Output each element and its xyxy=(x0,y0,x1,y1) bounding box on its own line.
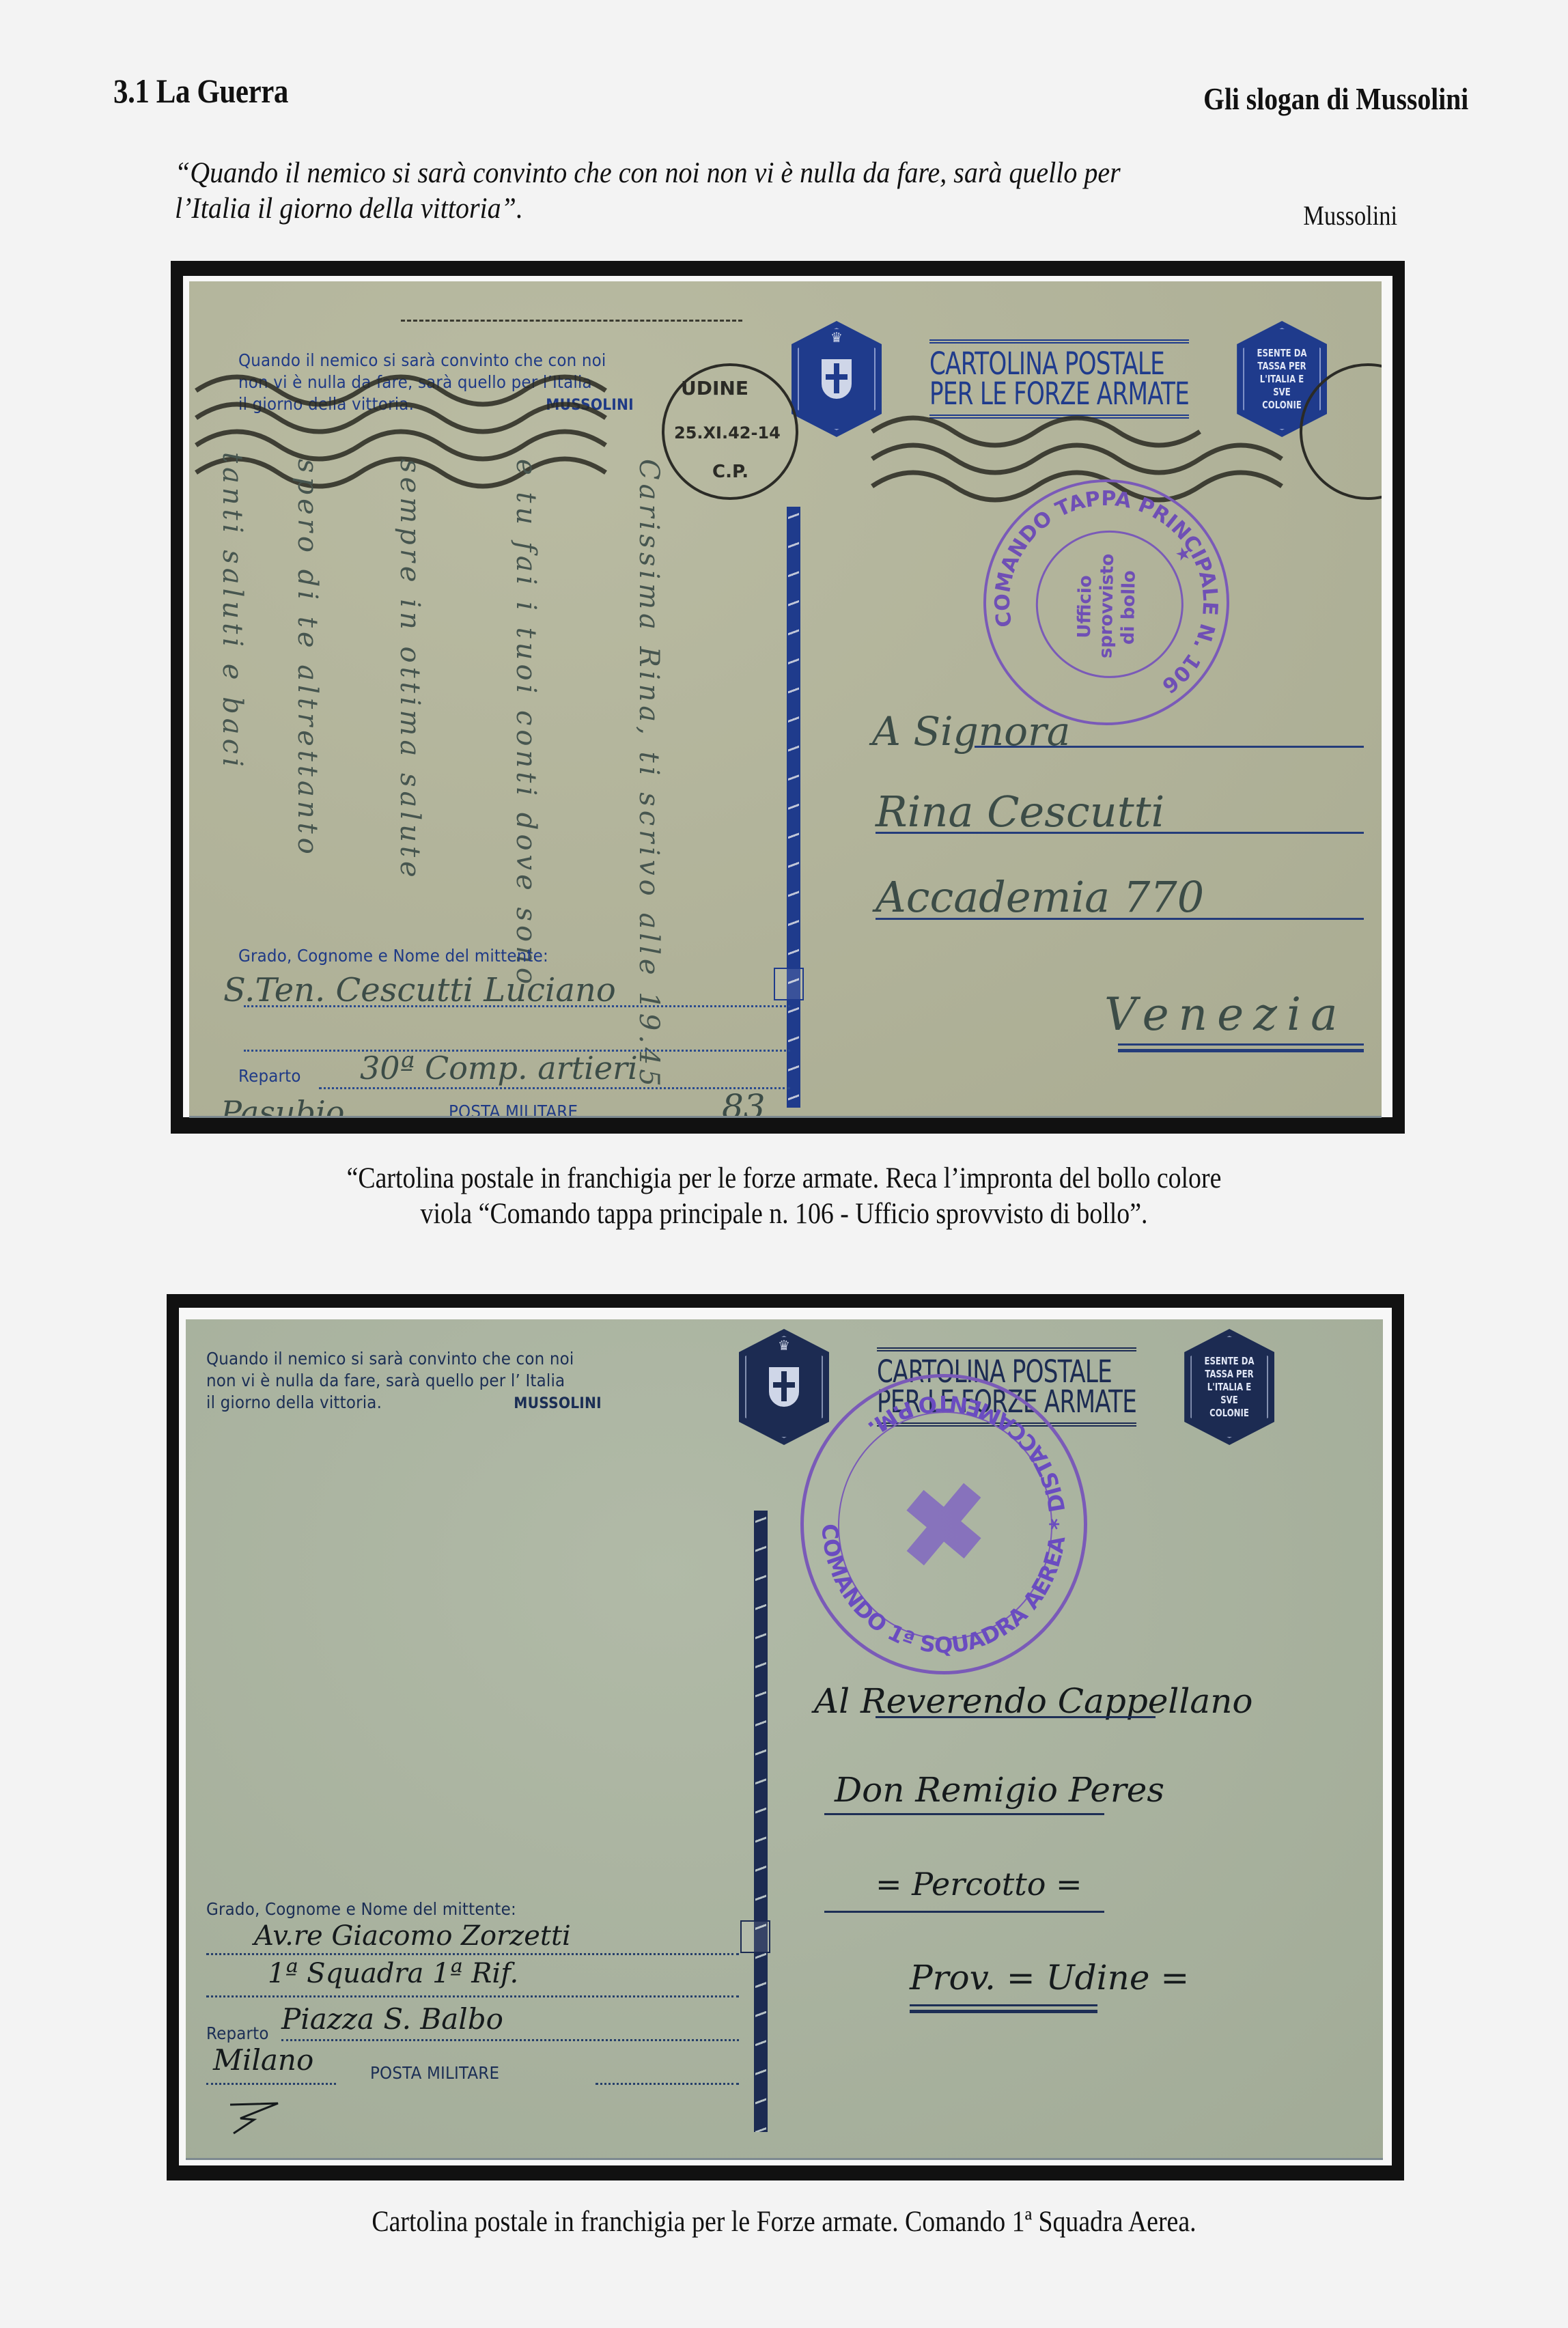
handwritten-flourish-icon xyxy=(227,2098,295,2139)
reparto-label: Reparto xyxy=(206,2023,269,2045)
slogan: Quando il nemico si sarà convinto che co… xyxy=(206,1348,602,1415)
sender-label: Grado, Cognome e Nome del mittente: xyxy=(238,945,548,967)
slogan-line: il giorno della vittoria.MUSSOLINI xyxy=(206,1392,602,1415)
postcard-2: Quando il nemico si sarà convinto che co… xyxy=(186,1319,1383,2158)
flagpole-divider xyxy=(754,1511,768,2132)
reparto-value: 30ª Comp. artieri xyxy=(360,1050,638,1086)
exempt-text: ESENTE DA TASSA PER L'ITALIA E SVE COLON… xyxy=(1200,1355,1259,1420)
posta-militare-label: POSTA MILITARE xyxy=(370,2062,499,2084)
flagpole-divider xyxy=(787,507,800,1108)
posta-militare-number: 83 xyxy=(722,1087,766,1116)
address-line: Venezia xyxy=(1104,988,1347,1041)
postcard-1: Quando il nemico si sarà convinto che co… xyxy=(189,281,1382,1116)
cachet-inner-text: Ufficio sprovvisto di bollo xyxy=(1073,555,1140,659)
posta-militare-label: POSTA MILITARE xyxy=(449,1101,578,1116)
address-line: Accademia 770 xyxy=(876,872,1204,922)
address-line: Al Reverendo Cappellano xyxy=(814,1681,1253,1721)
address-line: Don Remigio Peres xyxy=(835,1770,1164,1810)
quote: “Quando il nemico si sarà convinto che c… xyxy=(175,156,1331,227)
sender-name: S.Ten. Cescutti Luciano xyxy=(223,971,616,1009)
reparto-line-2: Pasubio, xyxy=(221,1094,354,1116)
message-line: sempre in ottima salute xyxy=(394,459,425,978)
sender-name: Av.re Giacomo Zorzetti xyxy=(254,1920,571,1952)
postmark-city: UDINE xyxy=(681,377,748,399)
caption-line: viola “Comando tappa principale n. 106 -… xyxy=(94,1196,1474,1232)
reparto-line-2: Milano xyxy=(213,2043,313,2077)
slogan-line: Quando il nemico si sarà convinto che co… xyxy=(206,1348,602,1370)
caption-line: “Cartolina postale in franchigia per le … xyxy=(94,1161,1474,1196)
quote-author: Mussolini xyxy=(1303,199,1397,232)
caption-2: Cartolina postale in franchigia per le F… xyxy=(94,2204,1474,2240)
caption-1: “Cartolina postale in franchigia per le … xyxy=(94,1161,1474,1232)
quote-line: “Quando il nemico si sarà convinto che c… xyxy=(175,156,1331,191)
slogan-author: MUSSOLINI xyxy=(514,1395,602,1412)
flag-icon xyxy=(740,1920,770,1953)
address-line: = Percotto = xyxy=(876,1866,1082,1903)
violet-cachet: COMANDO 1ª SQUADRA AEREA * DISTACCAMENTO… xyxy=(800,1374,1087,1674)
reparto-value: Piazza S. Balbo xyxy=(281,2002,503,2036)
message-line: e tu fai i tuoi conti dove sono xyxy=(510,459,542,978)
caption-line: Cartolina postale in franchigia per le F… xyxy=(94,2204,1474,2240)
message-line: Carissima Rina, ti scrivo alle 19.45 xyxy=(633,459,664,978)
postmark-date: 25.XI.42-14 xyxy=(674,423,781,443)
quote-line: l’Italia il giorno della vittoria”. xyxy=(175,191,1331,227)
postmark: UDINE 25.XI.42-14 C.P. xyxy=(662,363,798,500)
address-line: Rina Cescutti xyxy=(876,787,1164,837)
exempt-badge: ESENTE DA TASSA PER L'ITALIA E SVE COLON… xyxy=(1184,1329,1274,1445)
slogan-line: non vi è nulla da fare, sarà quello per … xyxy=(206,1370,602,1392)
sender-label: Grado, Cognome e Nome del mittente: xyxy=(206,1898,516,1920)
flag-icon xyxy=(774,968,804,1000)
postmark-code: C.P. xyxy=(712,462,748,482)
sender-line-2: 1ª Squadra 1ª Rif. xyxy=(268,1958,518,1989)
address-line: Prov. = Udine = xyxy=(910,1958,1189,1997)
reparto-label: Reparto xyxy=(238,1065,301,1087)
postcard-frame-1: Quando il nemico si sarà convinto che co… xyxy=(171,261,1405,1134)
message-line: spero di te altrettanto xyxy=(292,459,323,1005)
section-title: 3.1 La Guerra xyxy=(113,71,288,111)
section-subtitle: Gli slogan di Mussolini xyxy=(1203,81,1468,117)
postcard-frame-2: Quando il nemico si sarà convinto che co… xyxy=(167,1294,1404,2180)
